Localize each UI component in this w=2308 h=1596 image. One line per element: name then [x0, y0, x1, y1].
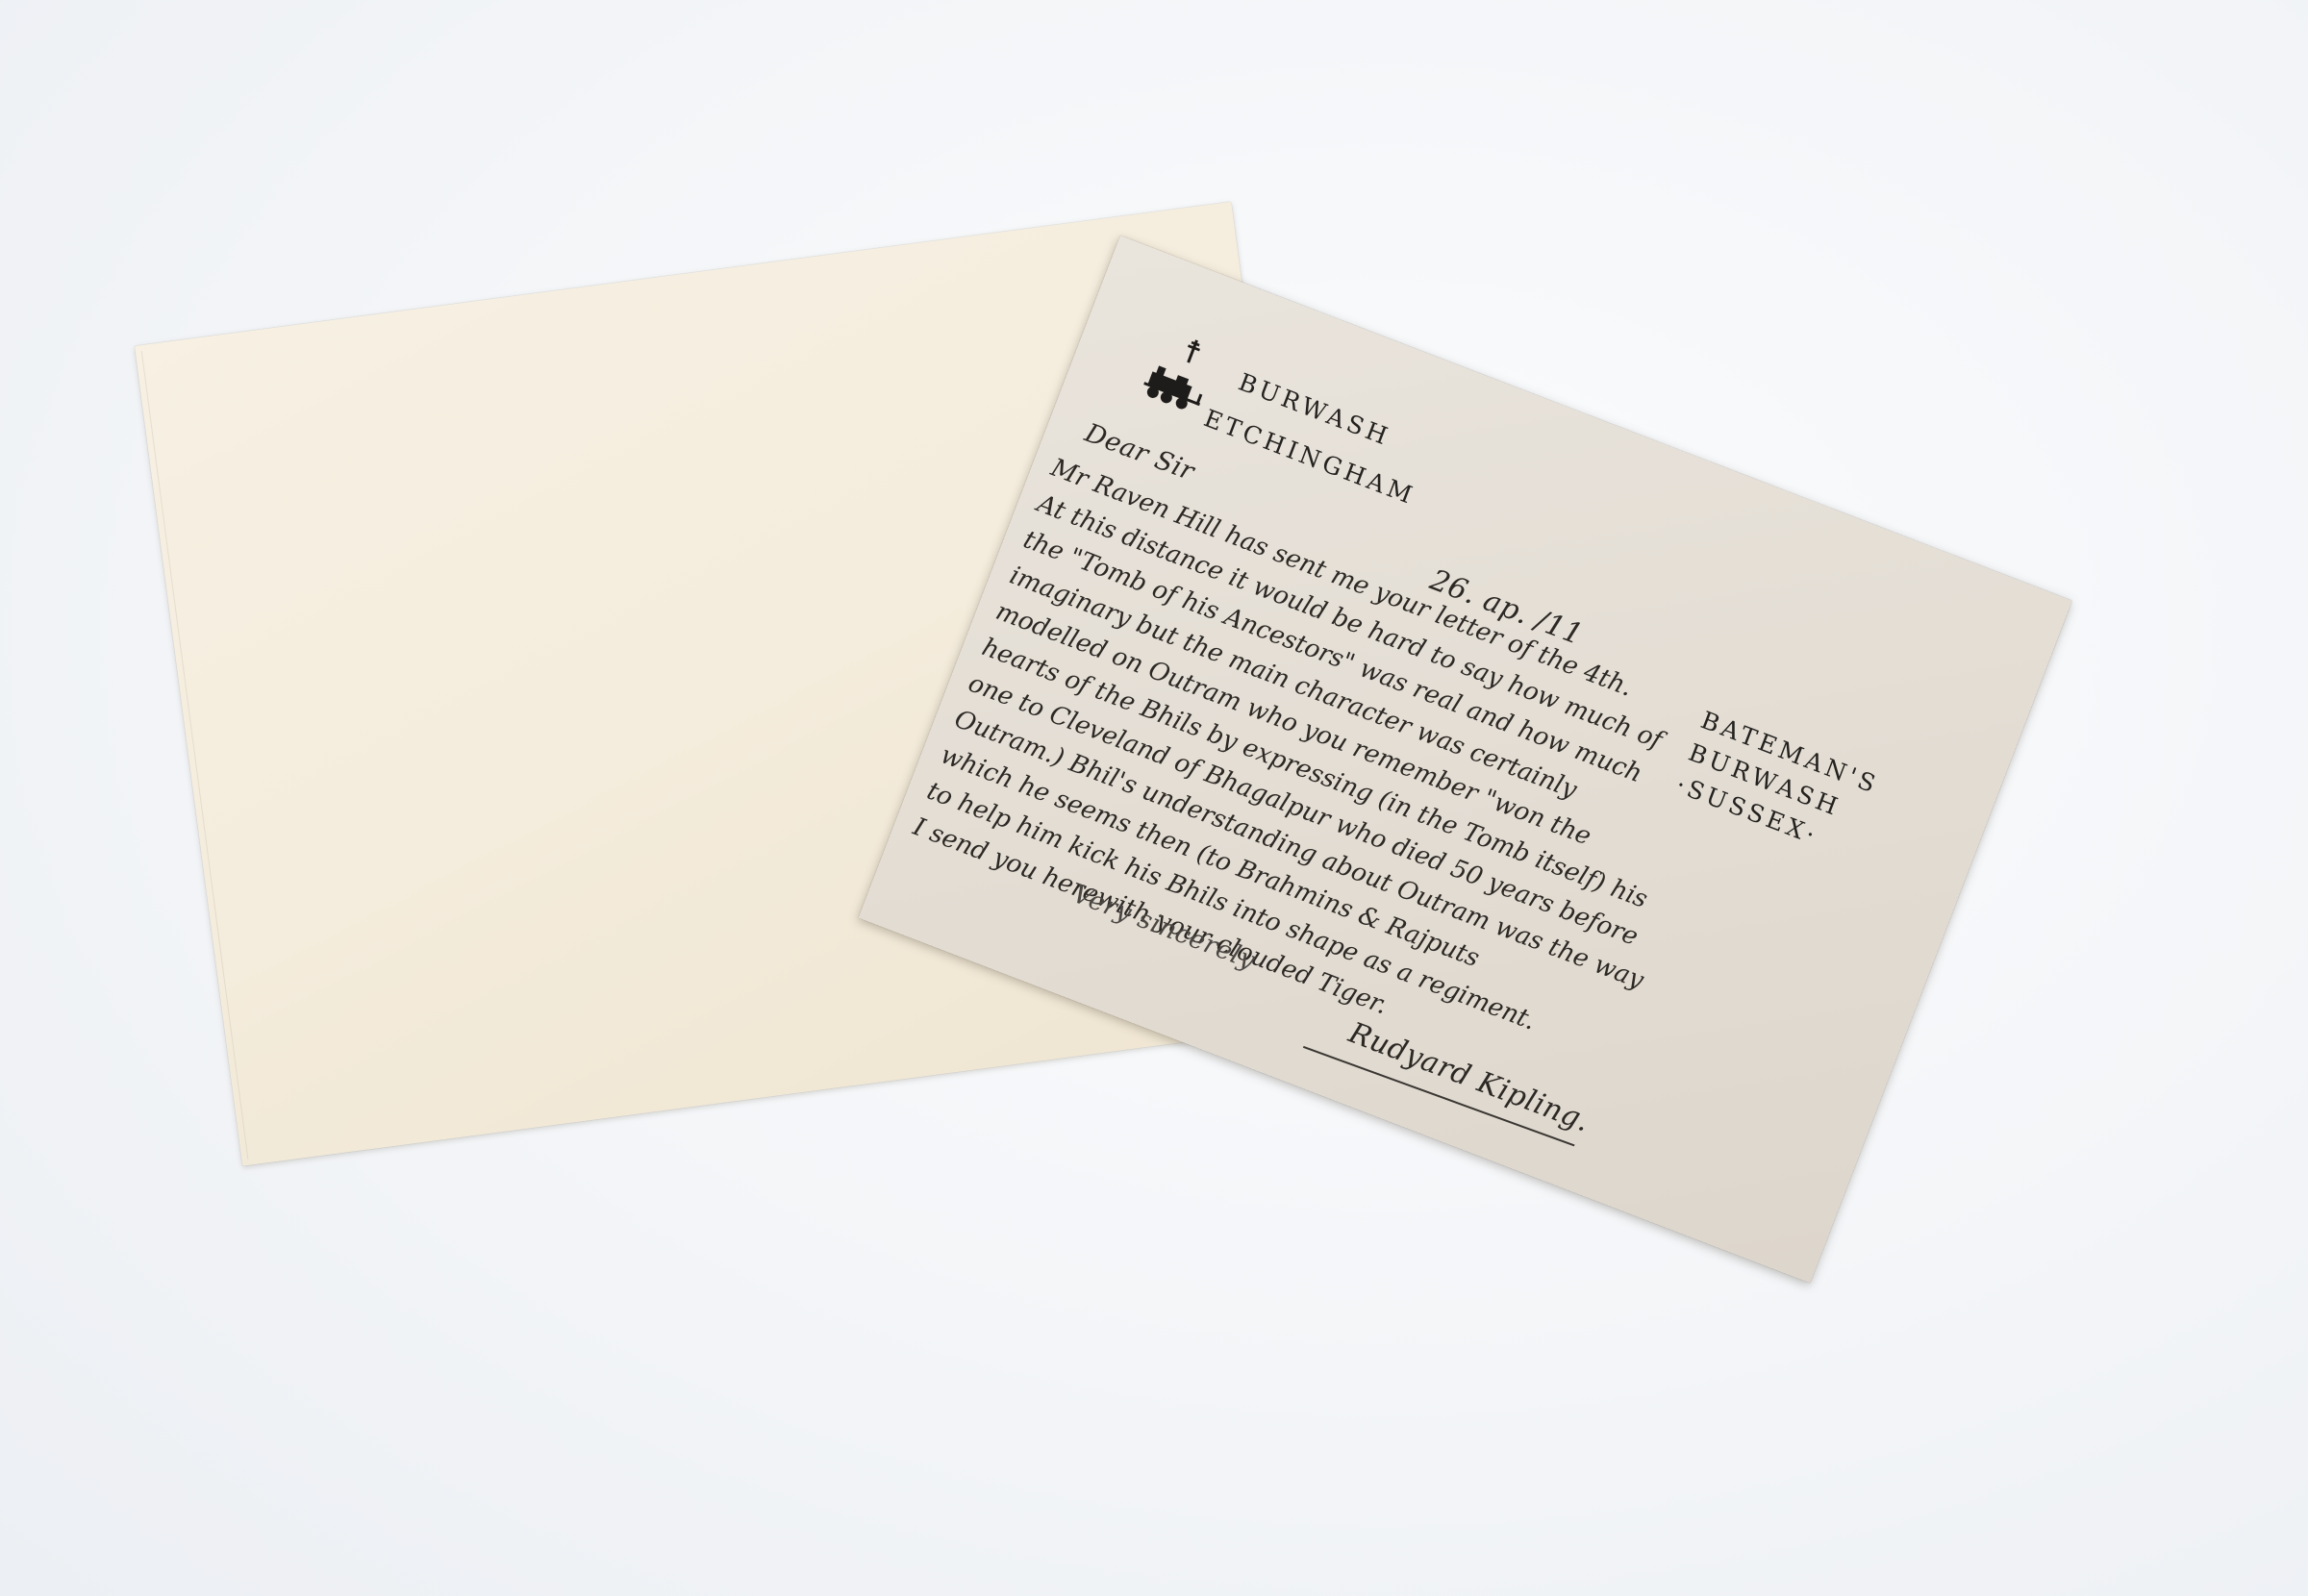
- cross-of-lorraine-icon: ☨: [1178, 335, 1206, 371]
- photo-scene: ☨ BURWASH ETCHINGHAM BATEMAN'S BURWASH ·…: [0, 0, 2308, 1596]
- locomotive-icon: [1139, 362, 1212, 420]
